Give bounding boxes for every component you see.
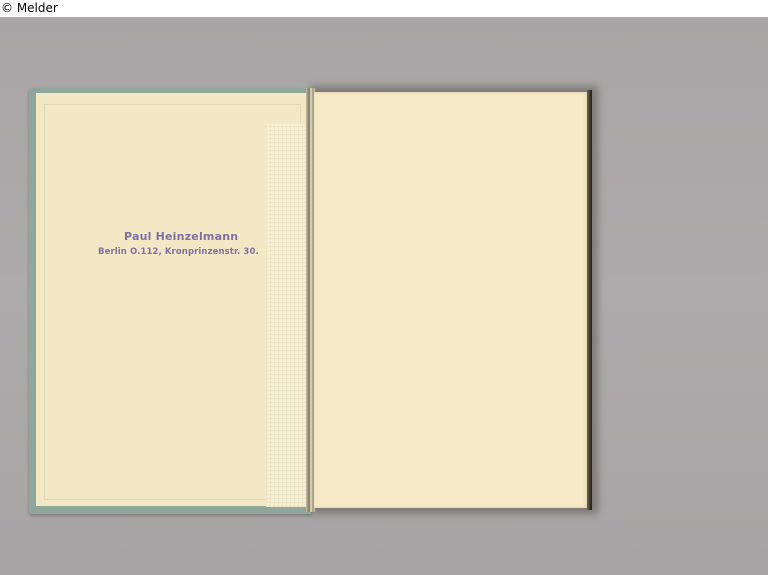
- owner-stamp: Paul Heinzelmann Berlin O.112, Kronprinz…: [98, 230, 259, 257]
- image-credit-caption: © Melder: [1, 0, 58, 17]
- endpaper-border: [44, 104, 301, 500]
- stamp-address: Berlin O.112, Kronprinzenstr. 30.: [98, 247, 259, 257]
- hinge-cloth: [266, 124, 308, 507]
- right-page-blank: [314, 92, 588, 508]
- page-block-edge: [587, 90, 592, 510]
- stamp-name: Paul Heinzelmann: [124, 230, 259, 243]
